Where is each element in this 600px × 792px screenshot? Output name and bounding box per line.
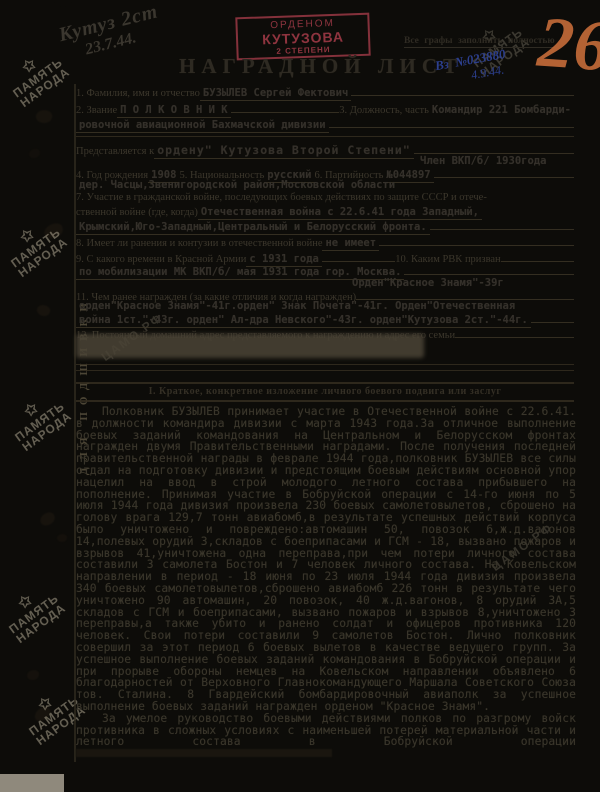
wounds-label: 8. Имеет ли ранения и контузии в отечест… [76,238,322,249]
field-position-continued: ровочной авиационной Бахмачской дивизии [76,117,574,133]
section-header: I. Краткое, конкретное изложение личного… [76,386,574,397]
birthplace-row: дер. Часцы,Звенигородской район,Московск… [76,179,574,192]
redacted-text-bar [76,749,332,757]
redacted-address-block [76,334,424,358]
field8-row: 8. Имеет ли ранения и контузии в отечест… [76,235,574,251]
body-paragraph-1: Полковник БУЗЫЛЕВ принимает участие в От… [76,406,576,713]
page-number-handwritten: 26 [536,6,600,83]
document-title: НАГРАДНОЙ ЛИСТ [168,54,474,79]
awards-value-top: Орден"Красное Знамя"-39г [352,277,504,289]
field-name-label: 1. Фамилия, имя и отчество [76,88,200,99]
field-rank-value: П О Л К О В Н И К [117,104,230,118]
presented-for-label: Представляется к [76,146,154,157]
scanned-award-document: ✩ ПАМЯТЬНАРОДА ✩ ПАМЯТЬНАРОДА ✩ ПАМЯТЬНА… [0,0,600,792]
field7-label2: ственной войне (где, когда) [76,207,198,218]
fill-all-fields-note: Все графы заполнить полностью [404,36,555,48]
field-name-row: 1. Фамилия, имя и отчество БУЗЫЛЕВ Серге… [76,85,574,101]
party-membership-value-top: Член ВКП/б/ 1930года [420,155,546,167]
wounds-value: не имеет [322,237,379,251]
field7-label-row: 7. Участие в гражданской войне, последую… [76,192,574,203]
previous-awards-value3: война 1ст."-43г. орден" Ал-дра Невского"… [76,314,531,328]
field-name-value: БУЗЫЛЕВ Сергей Фектович [200,87,351,101]
field-rank-label: 2. Звание [76,105,117,116]
scanner-bed-strip [0,774,64,792]
birthplace-value: дер. Часцы,Звенигородской район,Московск… [76,179,398,192]
field-rank-position-row: 2. Звание П О Л К О В Н И К 3. Должность… [76,102,574,118]
combat-merit-description: Полковник БУЗЫЛЕВ принимает участие в От… [76,406,576,760]
field7-value1: Отечественная война с 22.6.41 года Запад… [198,206,482,220]
field-position-value: Командир 221 Бомбарди- [429,104,574,117]
field7-label: 7. Участие в гражданской войне, последую… [76,192,487,203]
paper-tear-notch [52,0,74,9]
field7-value-row: ственной войне (где, когда) Отечественна… [76,206,574,220]
field-position-label: 3. Должность, часть [339,105,429,116]
presented-order-value: ордену" Кутузова Второй Степени" [154,143,414,159]
field11-value-row3: война 1ст."-43г. орден" Ал-дра Невского"… [76,312,574,328]
field7-value2: Крымский,Юго-Западный,Центральный и Бело… [76,221,430,235]
field7-value-row2: Крымский,Юго-Западный,Центральный и Бело… [76,219,574,235]
field-position-value2: ровочной авиационной Бахмачской дивизии [76,119,329,133]
body-paragraph-2: За умелое руководство боевыми действиями… [76,713,576,760]
